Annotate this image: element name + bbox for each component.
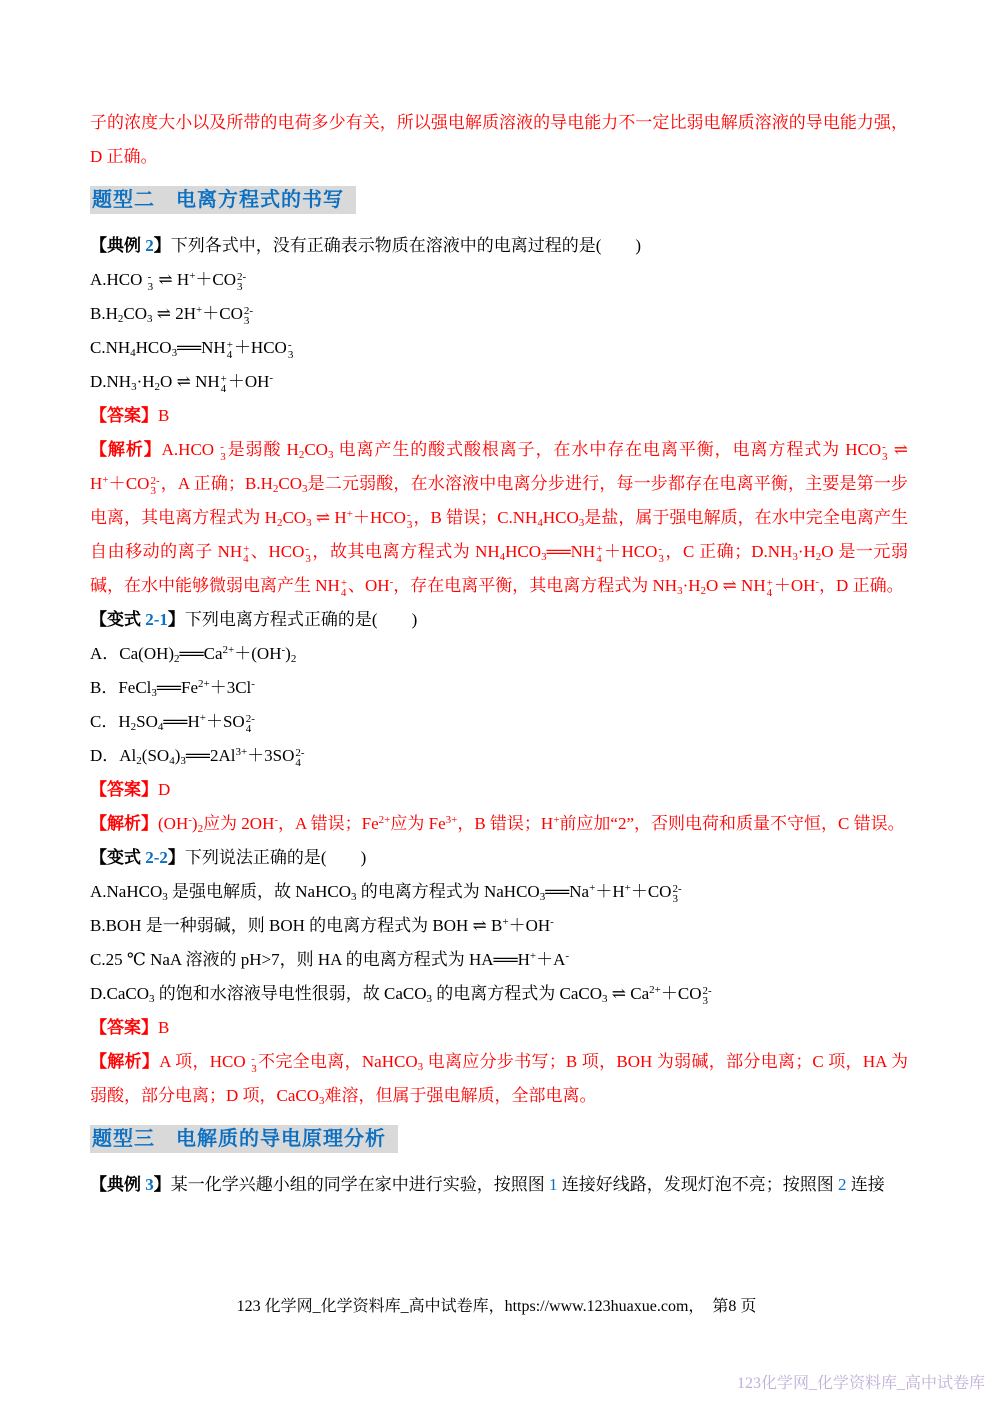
superscript: + [589, 882, 595, 894]
stacked-charge: 2-4 [295, 748, 304, 768]
count-subscript: 4 [221, 384, 227, 394]
variant-2-1-answer: 【答案】D [90, 773, 908, 807]
superscript: + [102, 474, 108, 486]
count-subscript: 3 [148, 282, 154, 292]
superscript: - [251, 678, 255, 690]
count-subscript: 4 [295, 758, 304, 768]
stacked-charge: 2-4 [246, 714, 255, 734]
stacked-charge: +4 [243, 544, 249, 564]
subscript: 2 [118, 313, 124, 325]
superscript: + [502, 916, 508, 928]
example-2-question: 【典例 2】下列各式中，没有正确表示物质在溶液中的电离过程的是( ) [90, 229, 908, 263]
subscript: 3 [162, 891, 168, 903]
section-header-type-2: 题型二 电离方程式的书写 [90, 183, 908, 218]
variant-2-2-answer: 【答案】B [90, 1011, 908, 1045]
subscript: 4 [130, 347, 136, 359]
subscript: 3 [427, 993, 433, 1005]
text-run: 2 [838, 1175, 847, 1194]
text-run: 某一化学兴趣小组的同学在家中进行实验，按照图 [171, 1175, 549, 1194]
superscript: 2+ [649, 984, 661, 996]
subscript: 2 [701, 585, 707, 597]
count-subscript: 3 [237, 282, 246, 292]
text-run: C.25 ℃ NaA 溶液的 pH>7，则 HA 的电离方程式为 HA══H+＋… [90, 950, 569, 969]
superscript: - [274, 814, 278, 826]
superscript: 2+ [379, 814, 391, 826]
text-run: 2-2 [145, 848, 168, 867]
subscript: 3 [541, 551, 547, 563]
subscript: 3 [602, 993, 608, 1005]
count-subscript: 4 [227, 350, 233, 360]
stacked-charge: 2-3 [672, 884, 681, 904]
stacked-charge: -3 [658, 544, 664, 564]
stacked-charge: +4 [596, 544, 602, 564]
example-2-option-b: B.H2CO3 ⇌ 2H+＋CO2-3 [90, 297, 908, 331]
text-run: 】 [168, 610, 185, 629]
count-subscript: 4 [341, 588, 347, 598]
example-3-question: 【典例 3】某一化学兴趣小组的同学在家中进行实验，按照图 1 连接好线路，发现灯… [90, 1168, 908, 1202]
header-highlight: 题型二 电离方程式的书写 [90, 186, 356, 214]
text-run: B．FeCl3══Fe2+＋3Cl- [90, 678, 255, 697]
stacked-charge: -3 [882, 442, 888, 462]
stacked-charge: -3 [148, 272, 154, 292]
count-subscript: 3 [703, 996, 712, 1006]
text-run: (OH-)2应为 2OH-，A 错误；Fe2+应为 Fe3+，B 错误；H+前应… [158, 814, 905, 833]
superscript: 3+ [235, 746, 247, 758]
subscript: 2 [174, 653, 180, 665]
stacked-charge: -3 [288, 340, 294, 360]
count-subscript: 3 [672, 894, 681, 904]
text-run: 【答案】 [90, 780, 158, 799]
count-subscript: 4 [246, 724, 255, 734]
stacked-charge: +4 [221, 374, 227, 394]
page-footer: 123 化学网_化学资料库_高中试卷库，https://www.123huaxu… [0, 1293, 993, 1316]
superscript: 2+ [198, 678, 210, 690]
subscript: 2 [277, 517, 283, 529]
text-run: 连接好线路，发现灯泡不亮；按照图 [558, 1175, 839, 1194]
example-2-analysis: 【解析】A.HCO -3是弱酸 H2CO3 电离产生的酸式酸根离子，在水中存在电… [90, 433, 908, 603]
variant-2-1-option-b: B．FeCl3══Fe2+＋3Cl- [90, 671, 908, 705]
example-2-answer: 【答案】B [90, 399, 908, 433]
superscript: + [347, 508, 353, 520]
text-run: D.CaCO3 的饱和水溶液导电性很弱，故 CaCO3 的电离方程式为 CaCO… [90, 984, 713, 1003]
subscript: 2 [136, 755, 142, 767]
text-run: D [158, 780, 170, 799]
variant-2-1-option-a: A．Ca(OH)2══Ca2+＋(OH-)2 [90, 637, 908, 671]
stacked-charge: -3 [220, 442, 226, 462]
stacked-charge: 2-3 [703, 986, 712, 1006]
subscript: 2 [131, 721, 137, 733]
subscript: 2 [198, 823, 204, 835]
stacked-charge: -3 [251, 1054, 257, 1074]
stacked-charge: +4 [227, 340, 233, 360]
variant-2-2-option-a: A.NaHCO3 是强电解质，故 NaHCO3 的电离方程式为 NaHCO3══… [90, 875, 908, 909]
text-run: A．Ca(OH)2══Ca2+＋(OH-)2 [90, 644, 296, 663]
text-run: 题型三 电解质的导电原理分析 [92, 1128, 386, 1150]
subscript: 2 [273, 483, 279, 495]
subscript: 3 [319, 1095, 325, 1107]
header-highlight: 题型三 电解质的导电原理分析 [90, 1125, 398, 1153]
subscript: 2 [155, 381, 161, 393]
text-run: A.HCO -3是弱酸 H2CO3 电离产生的酸式酸根离子，在水中存在电离平衡，… [90, 440, 908, 595]
text-run: 连接 [847, 1175, 885, 1194]
subscript: 3 [147, 313, 153, 325]
variant-2-1-analysis: 【解析】(OH-)2应为 2OH-，A 错误；Fe2+应为 Fe3+，B 错误；… [90, 807, 908, 841]
text-run: C.NH4HCO3══NH+4＋HCO-3 [90, 338, 294, 357]
stacked-charge: -3 [407, 510, 413, 530]
example-2-option-a: A.HCO -3 ⇌ H+＋CO2-3 [90, 263, 908, 297]
superscript: - [390, 576, 394, 588]
superscript: + [553, 814, 559, 826]
count-subscript: 3 [288, 350, 294, 360]
example-2-option-c: C.NH4HCO3══NH+4＋HCO-3 [90, 331, 908, 365]
text-run: 【答案】 [90, 406, 158, 425]
subscript: 3 [579, 517, 585, 529]
variant-2-2-option-b: B.BOH 是一种弱碱，则 BOH 的电离方程式为 BOH ⇌ B+＋OH- [90, 909, 908, 943]
subscript: 4 [158, 721, 164, 733]
count-subscript: 4 [767, 588, 773, 598]
text-run: D.NH3·H2O ⇌ NH+4＋OH- [90, 372, 273, 391]
superscript: - [269, 372, 273, 384]
superscript: + [625, 882, 631, 894]
subscript: 2 [291, 653, 297, 665]
count-subscript: 3 [407, 520, 413, 530]
text-run: 【解析】 [90, 1052, 159, 1071]
superscript: - [815, 576, 819, 588]
variant-2-2-question: 【变式 2-2】下列说法正确的是( ) [90, 841, 908, 875]
text-run: 子的浓度大小以及所带的电荷多少有关，所以强电解质溶液的导电能力不一定比弱电解质溶… [90, 113, 908, 166]
text-run: 3 [145, 1175, 154, 1194]
text-run: C．H2SO4══H+＋SO2-4 [90, 712, 256, 731]
superscript: 2+ [223, 644, 235, 656]
stacked-charge: +4 [767, 578, 773, 598]
subscript: 3 [131, 381, 137, 393]
stacked-charge: 2-3 [244, 306, 253, 326]
subscript: 3 [151, 687, 157, 699]
stacked-charge: +4 [341, 578, 347, 598]
subscript: 4 [500, 551, 506, 563]
text-run: 】 [168, 848, 185, 867]
text-run: 下列说法正确的是( ) [185, 848, 366, 867]
variant-2-2-option-d: D.CaCO3 的饱和水溶液导电性很弱，故 CaCO3 的电离方程式为 CaCO… [90, 977, 908, 1011]
text-run: 【答案】 [90, 1018, 158, 1037]
subscript: 3 [540, 891, 546, 903]
subscript: 2 [299, 449, 305, 461]
document-content: 子的浓度大小以及所带的电荷多少有关，所以强电解质溶液的导电能力不一定比弱电解质溶… [90, 106, 908, 1202]
count-subscript: 3 [220, 452, 226, 462]
site-watermark: 123化学网_化学资料库_高中试卷库 [737, 1370, 985, 1393]
text-run: 【解析】 [90, 814, 158, 833]
text-run: 【典例 [90, 236, 145, 255]
stacked-charge: 2-3 [237, 272, 246, 292]
variant-2-2-analysis: 【解析】A 项，HCO -3不完全电离，NaHCO3 电离应分步书写；B 项，B… [90, 1045, 908, 1113]
count-subscript: 4 [596, 554, 602, 564]
count-subscript: 3 [658, 554, 664, 564]
subscript: 3 [302, 483, 308, 495]
text-run: 【变式 [90, 848, 145, 867]
count-subscript: 3 [305, 554, 311, 564]
text-run: A 项，HCO -3不完全电离，NaHCO3 电离应分步书写；B 项，BOH 为… [90, 1052, 908, 1105]
variant-2-1-question: 【变式 2-1】下列电离方程式正确的是( ) [90, 603, 908, 637]
superscript: + [200, 712, 206, 724]
intro-analysis-continued: 子的浓度大小以及所带的电荷多少有关，所以强电解质溶液的导电能力不一定比弱电解质溶… [90, 106, 908, 174]
subscript: 3 [149, 993, 155, 1005]
subscript: 3 [180, 755, 186, 767]
text-run: B [158, 1018, 169, 1037]
text-run: 下列电离方程式正确的是( ) [185, 610, 417, 629]
text-run: 2-1 [145, 610, 168, 629]
subscript: 3 [792, 551, 798, 563]
text-run: A.HCO -3 ⇌ H+＋CO2-3 [90, 270, 247, 289]
subscript: 3 [418, 1061, 424, 1073]
subscript: 4 [537, 517, 543, 529]
variant-2-1-option-c: C．H2SO4══H+＋SO2-4 [90, 705, 908, 739]
text-run: 【典例 [90, 1175, 145, 1194]
subscript: 2 [816, 551, 822, 563]
variant-2-2-option-c: C.25 ℃ NaA 溶液的 pH>7，则 HA 的电离方程式为 HA══H+＋… [90, 943, 908, 977]
superscript: 3+ [446, 814, 458, 826]
count-subscript: 3 [244, 316, 253, 326]
subscript: 3 [677, 585, 683, 597]
text-run: A.NaHCO3 是强电解质，故 NaHCO3 的电离方程式为 NaHCO3══… [90, 882, 683, 901]
superscript: - [188, 814, 192, 826]
superscript: - [281, 644, 285, 656]
text-run: 下列各式中，没有正确表示物质在溶液中的电离过程的是( ) [171, 236, 641, 255]
text-run: B [158, 406, 169, 425]
subscript: 4 [169, 755, 175, 767]
section-header-type-3: 题型三 电解质的导电原理分析 [90, 1122, 908, 1157]
superscript: - [550, 916, 554, 928]
superscript: - [565, 950, 569, 962]
stacked-charge: 2-3 [150, 476, 159, 496]
stacked-charge: -3 [305, 544, 311, 564]
text-run: 】 [154, 236, 171, 255]
text-run: 1 [549, 1175, 558, 1194]
superscript: + [189, 270, 195, 282]
subscript: 3 [306, 517, 312, 529]
example-2-option-d: D.NH3·H2O ⇌ NH+4＋OH- [90, 365, 908, 399]
text-run: 】 [154, 1175, 171, 1194]
text-run: B.BOH 是一种弱碱，则 BOH 的电离方程式为 BOH ⇌ B+＋OH- [90, 916, 554, 935]
count-subscript: 3 [150, 486, 159, 496]
text-run: D．Al2(SO4)3══2Al3+＋3SO2-4 [90, 746, 306, 765]
superscript: + [196, 304, 202, 316]
text-run: 【变式 [90, 610, 145, 629]
count-subscript: 4 [243, 554, 249, 564]
text-run: 题型二 电离方程式的书写 [92, 189, 344, 211]
text-run: 【解析】 [90, 440, 162, 459]
subscript: 3 [351, 891, 357, 903]
text-run: 2 [145, 236, 154, 255]
subscript: 3 [328, 449, 334, 461]
variant-2-1-option-d: D．Al2(SO4)3══2Al3+＋3SO2-4 [90, 739, 908, 773]
superscript: + [530, 950, 536, 962]
count-subscript: 3 [882, 452, 888, 462]
count-subscript: 3 [251, 1064, 257, 1074]
text-run: B.H2CO3 ⇌ 2H+＋CO2-3 [90, 304, 254, 323]
document-page: 子的浓度大小以及所带的电荷多少有关，所以强电解质溶液的导电能力不一定比弱电解质溶… [0, 0, 993, 1404]
subscript: 3 [172, 347, 178, 359]
